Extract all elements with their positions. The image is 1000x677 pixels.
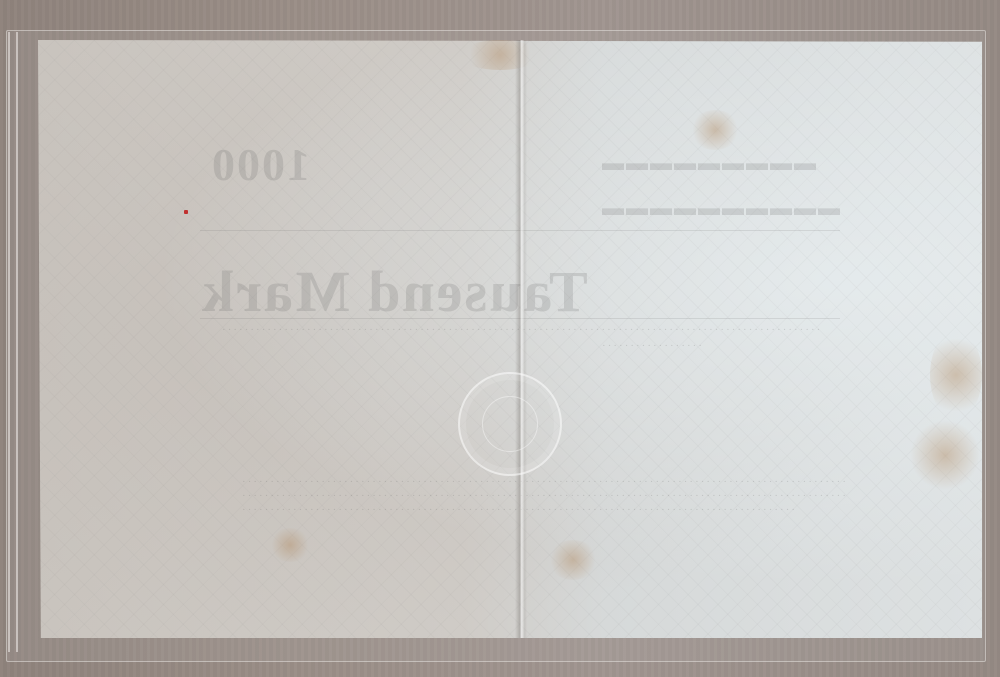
foxing-stain [548, 540, 598, 580]
show-through-text-line: ········································… [240, 490, 846, 502]
show-through-text-line: ·················· [600, 340, 702, 352]
sleeve-edge [8, 32, 10, 652]
show-through-denomination: Tausend Mark [200, 258, 588, 325]
show-through-line: ▬▬▬▬▬▬▬▬▬▬ [600, 195, 840, 221]
show-through-numeral: 1000 [210, 138, 310, 191]
foxing-stain [910, 420, 980, 490]
red-mark [184, 210, 188, 214]
sleeve-edge [16, 32, 18, 652]
guilloche-pattern [38, 40, 982, 638]
foxing-stain [270, 528, 310, 562]
center-fold [515, 40, 527, 638]
embossed-seal [458, 372, 562, 476]
foxing-stain [460, 40, 540, 70]
seal-emblem [482, 396, 538, 452]
foxing-stain [930, 330, 982, 420]
foxing-stain [690, 110, 740, 150]
show-through-line: ▬▬▬▬▬▬▬▬▬ [600, 150, 816, 176]
show-through-text-line: ········································… [240, 476, 846, 488]
